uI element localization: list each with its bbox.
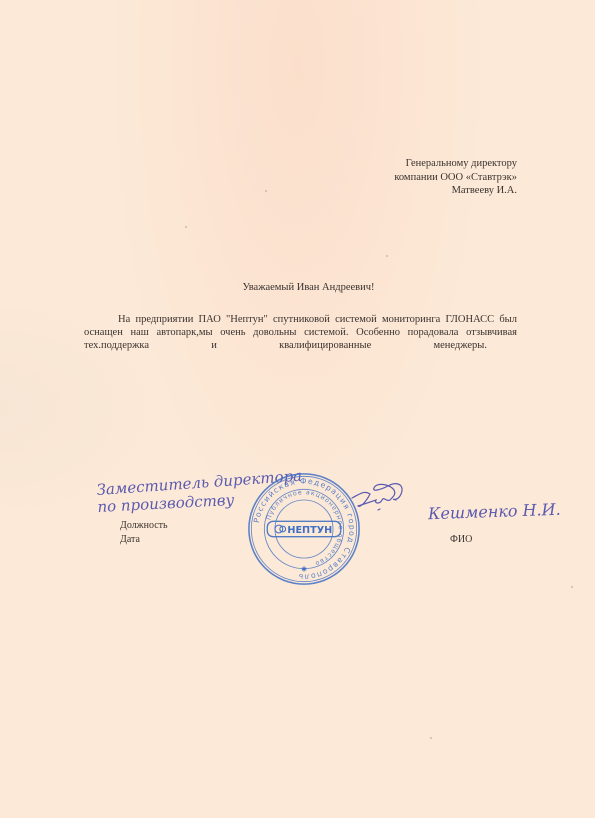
body-line-3: тех.поддержкаиквалифицированныеменеджеры… xyxy=(84,339,517,352)
body-word: автопарк,мы xyxy=(157,326,213,339)
body-word: системой xyxy=(335,313,377,326)
body-word: Особенно xyxy=(356,326,400,339)
body-word: квалифицированные xyxy=(279,339,371,352)
body-line-1: НапредприятииПАО"Нептун"спутниковойсисте… xyxy=(84,313,517,326)
greeting: Уважаемый Иван Андреевич! xyxy=(0,282,595,293)
company-stamp: Российская Федерация город Ставрополь Пу… xyxy=(246,471,362,587)
body-word: очень xyxy=(220,326,245,339)
body-word: довольны xyxy=(253,326,296,339)
body-word: спутниковой xyxy=(273,313,330,326)
body-word: системой. xyxy=(304,326,348,339)
body-word: был xyxy=(499,313,517,326)
addressee-name: Матвееву И.А. xyxy=(394,184,517,198)
date-label: Дата xyxy=(120,534,140,545)
body-word: тех.поддержка xyxy=(84,339,149,352)
position-label: Должность xyxy=(120,520,168,531)
addressee-title: Генеральному директору xyxy=(394,157,517,171)
stamp-logo-text: НЕПТУН xyxy=(287,525,332,536)
addressee-company: компании ООО «Ставтрэк» xyxy=(394,171,517,185)
paper-background xyxy=(0,0,595,818)
body-word: отзывчивая xyxy=(466,326,517,339)
body-word: "Нептун" xyxy=(226,313,268,326)
paper-speck xyxy=(571,586,573,588)
body-word: ПАО xyxy=(199,313,221,326)
paper-speck xyxy=(430,737,432,739)
body-word: мониторинга xyxy=(382,313,440,326)
stamp-star-icon: ✱ xyxy=(301,566,307,574)
body-word: менеджеры. xyxy=(433,339,487,352)
paper-speck xyxy=(386,255,388,257)
body-word: ГЛОНАСС xyxy=(446,313,495,326)
body-word: порадовала xyxy=(408,326,459,339)
letter-body: НапредприятииПАО"Нептун"спутниковойсисте… xyxy=(84,313,517,352)
paper-speck xyxy=(185,226,187,228)
paper-speck xyxy=(265,190,267,192)
addressee-block: Генеральному директору компании ООО «Ста… xyxy=(394,157,517,198)
body-word: На xyxy=(118,313,130,326)
body-word: предприятии xyxy=(135,313,193,326)
body-line-2: оснащеннашавтопарк,мыоченьдовольнысистем… xyxy=(84,326,517,339)
name-label: ФИО xyxy=(450,534,472,545)
body-word: оснащен xyxy=(84,326,123,339)
body-word: и xyxy=(211,339,217,352)
body-word: наш xyxy=(130,326,148,339)
neptune-logo-icon xyxy=(275,525,286,533)
